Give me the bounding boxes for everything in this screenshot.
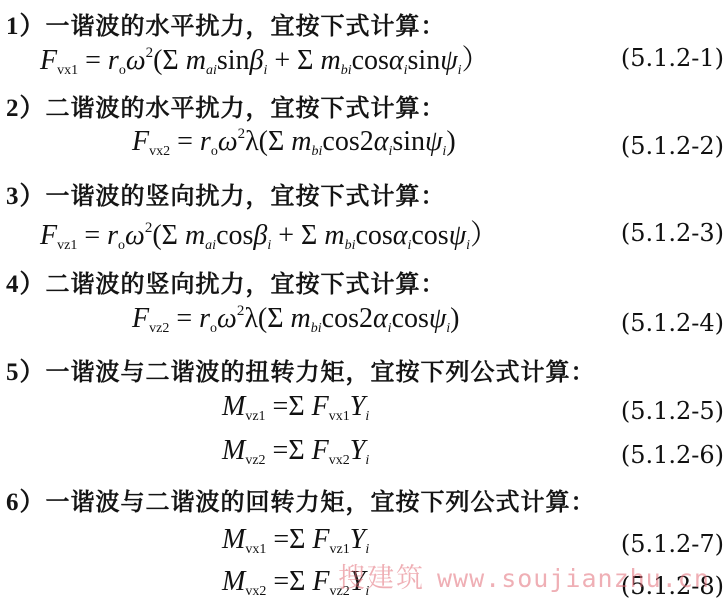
- section-1-heading: 1）一谐波的水平扰力，宜按下式计算：: [6, 6, 446, 42]
- equation-number: (5.1.2-1): [621, 44, 724, 72]
- section-number: 4）: [6, 271, 46, 298]
- section-heading-text: 一谐波的水平扰力，宜按下式计算：: [46, 12, 446, 40]
- section-6-heading: 6）一谐波与二谐波的回转力矩，宜按下列公式计算：: [6, 482, 596, 518]
- formula-5-1-2-2: Fvx2 = roω2λ(Σ mbicos2αisinψi): [132, 126, 456, 158]
- formula-5-1-2-5: Mvz1 =Σ Fvx1Yi: [222, 391, 369, 423]
- section-heading-text: 二谐波的竖向扰力，宜按下式计算：: [46, 270, 446, 298]
- section-3-heading: 3）一谐波的竖向扰力，宜按下式计算：: [6, 176, 446, 212]
- section-heading-text: 一谐波与二谐波的扭转力矩，宜按下列公式计算：: [46, 358, 596, 386]
- equation-number: (5.1.2-6): [621, 441, 724, 469]
- section-number: 5）: [6, 359, 46, 386]
- section-2-heading: 2）二谐波的水平扰力，宜按下式计算：: [6, 88, 446, 124]
- equation-number: (5.1.2-2): [621, 132, 724, 160]
- formula-5-1-2-1: Fvx1 = roω2)(Σ maisinβi + Σ mbicosαisinψ…: [40, 38, 490, 78]
- equation-number: (5.1.2-7): [621, 530, 724, 558]
- section-5-heading: 5）一谐波与二谐波的扭转力矩，宜按下列公式计算：: [6, 352, 596, 388]
- section-number: 1）: [6, 13, 46, 40]
- equation-number: (5.1.2-4): [621, 309, 724, 337]
- formula-5-1-2-4: Fvz2 = roω2λ(Σ mbicos2αicosψi): [132, 303, 460, 335]
- equation-number: (5.1.2-3): [621, 219, 724, 247]
- section-heading-text: 一谐波与二谐波的回转力矩，宜按下列公式计算：: [46, 488, 596, 516]
- equation-number: (5.1.2-5): [621, 397, 724, 425]
- section-number: 3）: [6, 183, 46, 210]
- section-heading-text: 二谐波的水平扰力，宜按下式计算：: [46, 94, 446, 122]
- formula-5-1-2-3: Fvz1 = roω2(Σ maicosβi + Σ mbicosαicosψi…: [40, 213, 498, 253]
- section-number: 2）: [6, 95, 46, 122]
- formula-5-1-2-6: Mvz2 =Σ Fvx2Yi: [222, 435, 369, 467]
- section-heading-text: 一谐波的竖向扰力，宜按下式计算：: [46, 182, 446, 210]
- formula-5-1-2-7: Mvx1 =Σ Fvz1Yi: [222, 524, 369, 556]
- equation-number: (5.1.2-8): [621, 572, 724, 600]
- section-4-heading: 4）二谐波的竖向扰力，宜按下式计算：: [6, 264, 446, 300]
- section-number: 6）: [6, 489, 46, 516]
- formula-5-1-2-8: Mvx2 =Σ Fvz2Yi: [222, 566, 369, 598]
